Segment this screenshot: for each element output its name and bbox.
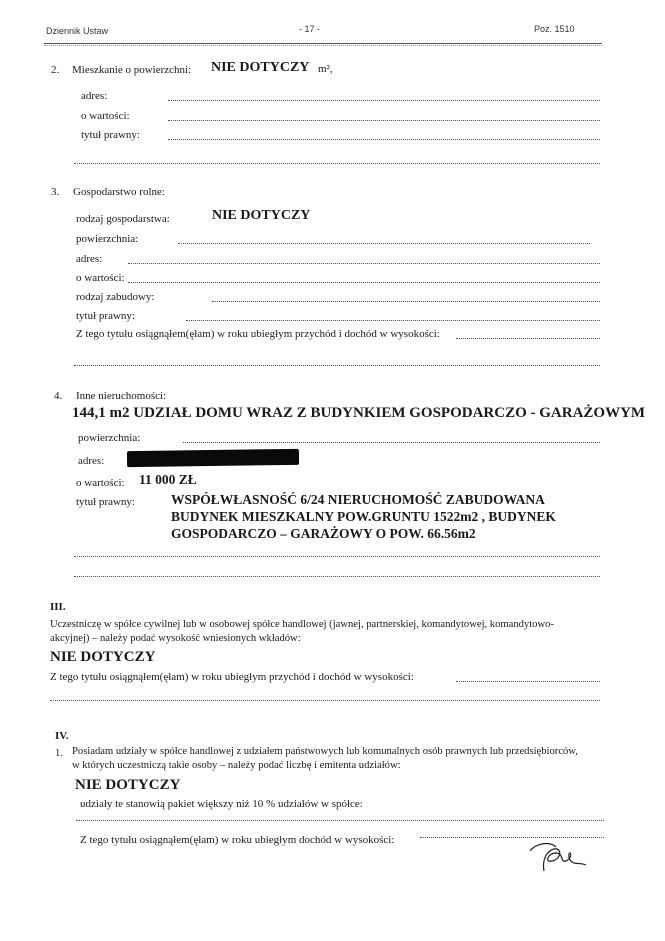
section2-value-label: o wartości: <box>81 110 130 122</box>
section3-type-value: NIE DOTYCZY <box>212 208 310 224</box>
section3-type-label: rodzaj gospodarstwa: <box>76 213 170 225</box>
section3-building-field[interactable] <box>212 301 600 302</box>
header-journal-title: Dziennik Ustaw <box>46 26 108 36</box>
section3-title-field[interactable] <box>186 320 600 321</box>
section2-value: NIE DOTYCZY <box>211 60 309 76</box>
section2-value-field[interactable] <box>168 120 600 121</box>
section-IV-number: 1. <box>55 748 63 759</box>
signature-icon <box>526 841 590 873</box>
section2-extra-field[interactable] <box>74 163 600 164</box>
section-IV-income-label: Z tego tytułu osiągnąłem(ęłam) w roku ub… <box>80 834 394 846</box>
section4-extra-field-1[interactable] <box>74 556 600 557</box>
header-position: Poz. 1510 <box>534 24 575 34</box>
section2-number: 2. <box>51 64 59 76</box>
section2-title-field[interactable] <box>168 139 600 140</box>
section-III-heading: III. <box>50 601 66 613</box>
header-rule-dotted <box>44 45 602 46</box>
section4-label: Inne nieruchomości: <box>76 390 166 402</box>
section3-area-field[interactable] <box>178 243 590 244</box>
redacted-address <box>127 449 299 467</box>
section-IV-share-label: udziały te stanowią pakiet większy niż 1… <box>80 798 363 810</box>
section2-address-label: adres: <box>81 90 107 102</box>
section-IV-text-1: Posiadam udziały w spółce handlowej z ud… <box>72 746 578 757</box>
section4-value-label: o wartości: <box>76 477 125 489</box>
section-IV-income-field[interactable] <box>420 837 604 838</box>
section3-address-label: adres: <box>76 253 102 265</box>
section3-extra-field[interactable] <box>74 365 600 366</box>
section3-title-label: tytuł prawny: <box>76 310 135 322</box>
section4-address-label: adres: <box>78 455 104 467</box>
section4-title-line-3: GOSPODARCZO – GARAŻOWY O POW. 66.56m2 <box>171 525 476 542</box>
section-IV-value: NIE DOTYCZY <box>75 777 180 794</box>
section4-number: 4. <box>54 390 62 402</box>
section-III-income-label: Z tego tytułu osiągnąłem(ęłam) w roku ub… <box>50 671 414 683</box>
section2-title-label: tytuł prawny: <box>81 129 140 141</box>
header-rule <box>44 43 602 44</box>
section4-value: 11 000 ZŁ <box>139 472 197 488</box>
section4-title-line-2: BUDYNEK MIESZKALNY POW.GRUNTU 1522m2 , B… <box>171 508 556 525</box>
section3-label: Gospodarstwo rolne: <box>73 186 165 198</box>
section-IV-text-2: w których uczestniczą takie osoby – nale… <box>72 760 401 771</box>
section3-address-field[interactable] <box>128 263 600 264</box>
section3-value-label: o wartości: <box>76 272 125 284</box>
section-IV-heading: IV. <box>55 730 69 742</box>
section-IV-share-field[interactable] <box>76 820 604 821</box>
header-page-number: - 17 - <box>299 24 320 34</box>
section3-number: 3. <box>51 186 59 198</box>
section4-title-line-1: WSPÓŁWŁASNOŚĆ 6/24 NIERUCHOMOŚĆ ZABUDOWA… <box>171 491 545 508</box>
section2-label: Mieszkanie o powierzchni: <box>72 64 191 76</box>
section3-building-label: rodzaj zabudowy: <box>76 291 155 303</box>
section2-unit: m², <box>318 63 333 75</box>
section-III-value: NIE DOTYCZY <box>50 649 155 666</box>
section3-area-label: powierzchnia: <box>76 233 138 245</box>
section2-address-field[interactable] <box>168 100 600 101</box>
section3-income-label: Z tego tytułu osiągnąłem(ęłam) w roku ub… <box>76 328 440 340</box>
section4-area-label: powierzchnia: <box>78 432 140 444</box>
section4-description: 144,1 m2 UDZIAŁ DOMU WRAZ Z BUDYNKIEM GO… <box>72 405 645 422</box>
section-III-income-field[interactable] <box>456 681 600 682</box>
section3-value-field[interactable] <box>128 282 600 283</box>
section3-income-field[interactable] <box>456 338 600 339</box>
section-III-extra-field[interactable] <box>50 700 600 701</box>
section-III-text-1: Uczestniczę w spółce cywilnej lub w osob… <box>50 619 554 630</box>
section4-title-label: tytuł prawny: <box>76 496 135 508</box>
section4-area-field[interactable] <box>183 442 600 443</box>
section4-extra-field-2[interactable] <box>74 576 600 577</box>
section-III-text-2: akcyjnej) – należy podać wysokość wniesi… <box>50 633 301 644</box>
